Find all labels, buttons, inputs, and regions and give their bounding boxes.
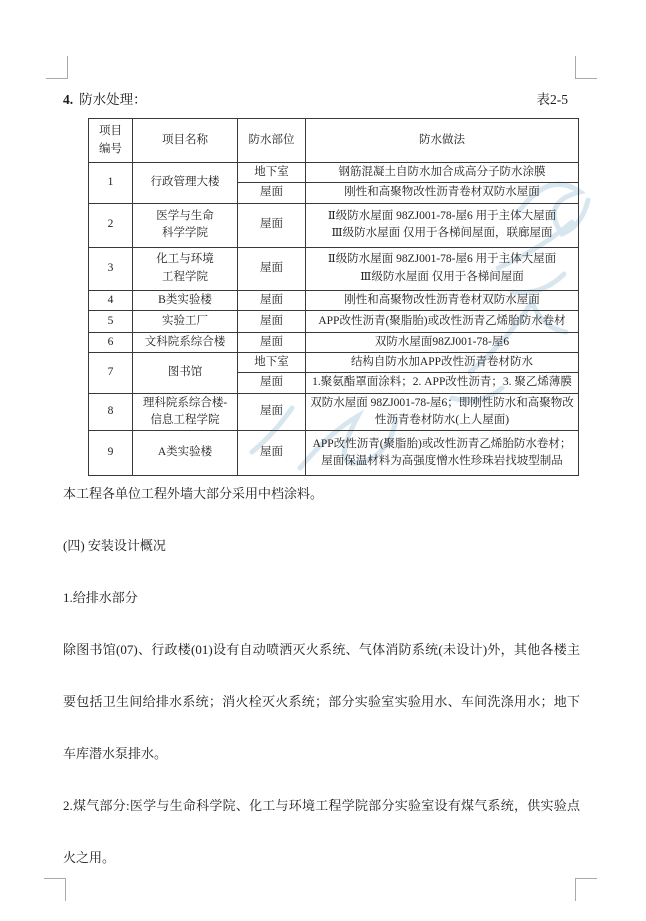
method-cell: APP改性沥青(聚脂胎)或改性沥青乙烯胎防水卷材 (306, 310, 579, 332)
part-cell: 屋面 (238, 290, 306, 310)
table-header-row: 项目 编号 项目名称 防水部位 防水做法 (89, 119, 579, 163)
table-row: 7 图书馆 地下室 结构自防水加APP改性沥青卷材防水 (89, 353, 579, 373)
item-no-cell: 4 (89, 290, 133, 310)
item-no-cell: 7 (89, 353, 133, 394)
item-no-cell: 6 (89, 332, 133, 352)
table-row: 4 B类实验楼 屋面 刚性和高聚物改性沥青卷材双防水屋面 (89, 290, 579, 310)
paragraph-plumbing: 除图书馆(07)、行政楼(01)设有自动喷洒灭火系统、气体消防系统(未设计)外，… (63, 624, 580, 780)
project-name-cell: 行政管理大楼 (133, 163, 238, 204)
item-no-cell: 8 (89, 393, 133, 431)
part-cell: 屋面 (238, 373, 306, 393)
item-no-cell: 1 (89, 163, 133, 204)
part-cell: 屋面 (238, 203, 306, 247)
method-cell: 1.聚氨酯罩面涂料；2. APP改性沥青；3. 聚乙烯薄膜 (306, 373, 579, 393)
heading-plumbing: 1.给排水部分 (63, 572, 580, 624)
part-cell: 地下室 (238, 163, 306, 183)
method-cell: 刚性和高聚物改性沥青卷材双防水屋面 (306, 290, 579, 310)
part-cell: 屋面 (238, 332, 306, 352)
method-cell: 双防水屋面 98ZJ001-78-屋6；即刚性防水和高聚物改性沥青卷材防水(上人… (306, 393, 579, 431)
part-cell: 地下室 (238, 353, 306, 373)
part-cell: 屋面 (238, 393, 306, 431)
project-name-cell: 实验工厂 (133, 310, 238, 332)
crop-mark-top-left (46, 56, 68, 79)
header-item-no: 项目 编号 (89, 119, 133, 163)
method-cell: 双防水屋面98ZJ001-78-屋6 (306, 332, 579, 352)
item-no-cell: 3 (89, 247, 133, 290)
part-cell: 屋面 (238, 310, 306, 332)
method-cell: 结构自防水加APP改性沥青卷材防水 (306, 353, 579, 373)
table-row: 2 医学与生命 科学学院 屋面 Ⅱ级防水屋面 98ZJ001-78-屋6 用于主… (89, 203, 579, 247)
crop-mark-top-right (575, 56, 597, 79)
method-cell: Ⅱ级防水屋面 98ZJ001-78-屋6 用于主体大屋面 Ⅲ级防水屋面 仅用于各… (306, 247, 579, 290)
section-heading: 4.防水处理： (63, 88, 147, 108)
project-name-cell: 医学与生命 科学学院 (133, 203, 238, 247)
section-title: 防水处理： (79, 92, 147, 107)
project-name-cell: 文科院系综合楼 (133, 332, 238, 352)
project-name-cell: 图书馆 (133, 353, 238, 394)
body-text: 本工程各单位工程外墙大部分采用中档涂料。 (四) 安装设计概况 1.给排水部分 … (63, 468, 580, 884)
item-no-cell: 2 (89, 203, 133, 247)
method-cell: 刚性和高聚物改性沥青卷材双防水屋面 (306, 183, 579, 203)
paragraph-exterior-paint: 本工程各单位工程外墙大部分采用中档涂料。 (63, 468, 580, 520)
part-cell: 屋面 (238, 247, 306, 290)
project-name-cell: 化工与环境 工程学院 (133, 247, 238, 290)
header-project-name: 项目名称 (133, 119, 238, 163)
project-name-cell: 理科院系综合楼- 信息工程学院 (133, 393, 238, 431)
table-row: 1 行政管理大楼 地下室 钢筋混凝土自防水加合成高分子防水涂膜 (89, 163, 579, 183)
table-label: 表2-5 (537, 88, 569, 108)
part-cell: 屋面 (238, 183, 306, 203)
project-name-cell: B类实验楼 (133, 290, 238, 310)
item-no-cell: 5 (89, 310, 133, 332)
paragraph-gas: 2.煤气部分:医学与生命科学院、化工与环境工程学院部分实验室设有煤气系统，供实验… (63, 780, 580, 884)
table-row: 3 化工与环境 工程学院 屋面 Ⅱ级防水屋面 98ZJ001-78-屋6 用于主… (89, 247, 579, 290)
waterproof-table: 项目 编号 项目名称 防水部位 防水做法 1 行政管理大楼 地下室 钢筋混凝土自… (88, 118, 579, 476)
section-number: 4. (63, 92, 73, 107)
table-row: 8 理科院系综合楼- 信息工程学院 屋面 双防水屋面 98ZJ001-78-屋6… (89, 393, 579, 431)
header-waterproof-method: 防水做法 (306, 119, 579, 163)
table-row: 5 实验工厂 屋面 APP改性沥青(聚脂胎)或改性沥青乙烯胎防水卷材 (89, 310, 579, 332)
section-heading-row: 4.防水处理： 表2-5 (63, 88, 568, 108)
header-waterproof-part: 防水部位 (238, 119, 306, 163)
method-cell: 钢筋混凝土自防水加合成高分子防水涂膜 (306, 163, 579, 183)
document-page: 4.防水处理： 表2-5 项目 编号 项目名称 防水部位 防水做法 1 行政管理… (0, 0, 646, 921)
heading-install-design: (四) 安装设计概况 (63, 520, 580, 572)
method-cell: Ⅱ级防水屋面 98ZJ001-78-屋6 用于主体大屋面 Ⅲ级防水屋面 仅用于各… (306, 203, 579, 247)
table-row: 6 文科院系综合楼 屋面 双防水屋面98ZJ001-78-屋6 (89, 332, 579, 352)
